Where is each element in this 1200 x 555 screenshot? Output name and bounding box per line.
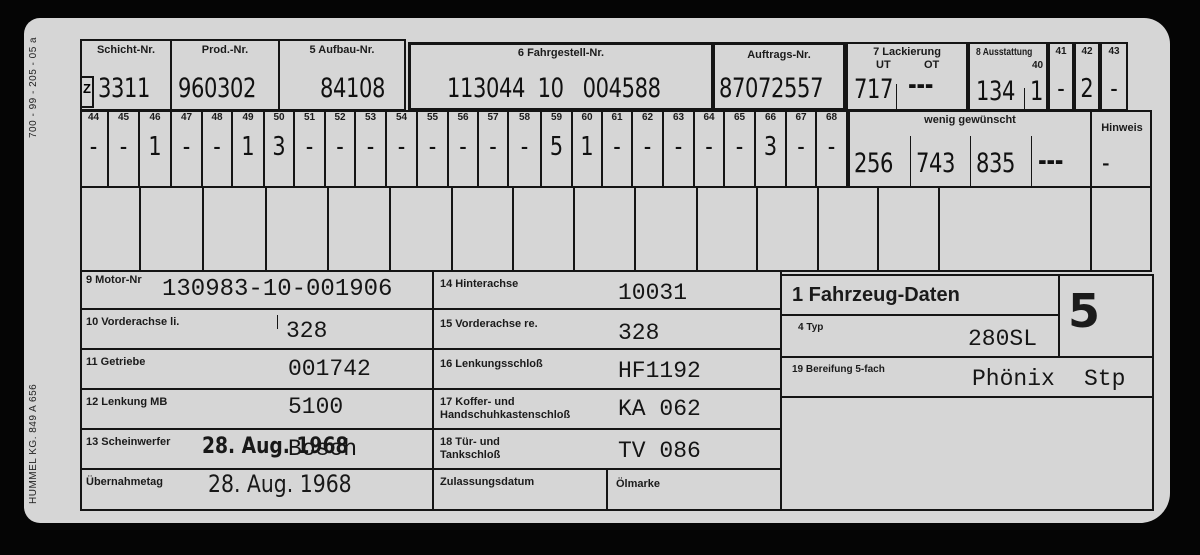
aufbau-nr-label: 5 Aufbau-Nr.	[280, 44, 404, 56]
aufbau-nr-cell: 5 Aufbau-Nr. 84108	[278, 39, 406, 111]
code-number: 59	[542, 112, 571, 123]
row-divider	[780, 314, 1060, 316]
code-value: -	[728, 132, 751, 162]
lackierung-divider	[896, 84, 897, 110]
code-cell: 67-	[787, 110, 817, 188]
ausstattung-label: 8 Ausstattung	[976, 47, 1032, 58]
code-value: -	[421, 132, 444, 162]
typ-value: 280SL	[968, 326, 1037, 352]
vehicle-data-title: 1 Fahrzeug-Daten	[792, 284, 960, 307]
code-42-value: 2	[1078, 74, 1096, 104]
code-42-label: 42	[1076, 46, 1098, 57]
code-43-value: -	[1104, 74, 1123, 104]
blank-divider	[512, 188, 514, 270]
code-value: 5	[545, 132, 568, 162]
blank-divider	[573, 188, 575, 270]
code-value: -	[820, 132, 843, 162]
lackierung-ut-value: 717	[854, 74, 893, 105]
code-cell: 57-	[479, 110, 509, 188]
wenig-divider	[970, 136, 971, 188]
ausstattung-cell: 8 Ausstattung 40 134 1	[968, 42, 1048, 111]
row-divider	[432, 428, 782, 430]
blank-entry-row	[80, 186, 1152, 272]
code-cell: 48-	[203, 110, 233, 188]
code-cell: 65-	[725, 110, 756, 188]
ausstattung-sub-label: 40	[1032, 60, 1043, 71]
hinterachse-label: 14 Hinterachse	[440, 278, 518, 290]
row-divider	[432, 348, 782, 350]
code-value: -	[359, 132, 382, 162]
code-cell: 55-	[418, 110, 449, 188]
vorderachse-re-value: 328	[618, 320, 659, 346]
motor-nr-value: 130983-10-001906	[162, 276, 392, 303]
lenkung-value: 5100	[288, 394, 343, 420]
code-value: -	[329, 132, 351, 162]
code-number: 61	[603, 112, 631, 123]
prod-nr-label: Prod.-Nr.	[172, 44, 278, 56]
code-number: 56	[449, 112, 477, 123]
schicht-nr-value: 3311	[98, 73, 150, 104]
schicht-nr-label: Schicht-Nr.	[82, 44, 170, 56]
code-value: -	[698, 132, 720, 162]
code-number: 63	[664, 112, 693, 123]
code-number: 49	[233, 112, 263, 123]
bereifung-brand: Phönix	[972, 366, 1055, 392]
kofferschloss-label-2: Handschuhkastenschloß	[440, 409, 570, 421]
lackierung-ot-value: ---	[908, 70, 933, 101]
oelmarke-label: Ölmarke	[616, 478, 660, 490]
fahrgestell-nr-label: 6 Fahrgestell-Nr.	[411, 47, 711, 59]
zulassungsdatum-label: Zulassungsdatum	[440, 476, 534, 488]
blank-divider	[202, 188, 204, 270]
printer-imprint: HUMMEL KG. 849 A 656	[28, 384, 39, 504]
code-number: 51	[295, 112, 324, 123]
blank-divider	[451, 188, 453, 270]
code-number: 55	[418, 112, 447, 123]
uebernahmetag-label: Übernahmetag	[86, 476, 163, 488]
kofferschloss-value: KA 062	[618, 396, 701, 422]
code-value: -	[667, 132, 690, 162]
form-number: 700 - 99 - 205 - 05 a	[28, 37, 39, 138]
vehicle-data-number: 5	[1068, 284, 1100, 338]
code-cell: 56-	[449, 110, 479, 188]
shift-prefix-box: Z	[80, 76, 94, 108]
tick-mark	[277, 315, 278, 329]
lackierung-label: 7 Lackierung	[848, 46, 966, 58]
code-cell: 61-	[603, 110, 633, 188]
code-43-label: 43	[1102, 46, 1126, 57]
code-cell: 68-	[817, 110, 848, 188]
getriebe-value: 001742	[288, 356, 371, 382]
wenig-divider	[910, 136, 911, 188]
wenig-value-1: 256	[854, 148, 893, 179]
col-divider	[606, 468, 608, 510]
code-value: -	[606, 132, 628, 162]
blank-divider	[877, 188, 879, 270]
code-41-label: 41	[1050, 46, 1072, 57]
code-value: -	[452, 132, 474, 162]
vorderachse-li-value: 328	[286, 318, 327, 344]
blank-divider	[139, 188, 141, 270]
auftrags-nr-cell: Auftrags-Nr. 87072557	[712, 42, 846, 111]
blank-divider	[634, 188, 636, 270]
code-number: 45	[109, 112, 138, 123]
vorderachse-li-label: 10 Vorderachse li.	[86, 316, 179, 328]
code-cell: 601	[573, 110, 603, 188]
code-number: 44	[80, 112, 107, 123]
blank-divider	[938, 188, 940, 270]
getriebe-label: 11 Getriebe	[86, 356, 145, 368]
code-number: 60	[573, 112, 601, 123]
code-number: 66	[756, 112, 785, 123]
code-cell: 54-	[387, 110, 418, 188]
hinweis-cell: Hinweis -	[1092, 110, 1152, 188]
code-cell: 62-	[633, 110, 664, 188]
code-number: 46	[140, 112, 170, 123]
blank-divider	[756, 188, 758, 270]
col-divider	[1058, 276, 1060, 358]
typ-label: 4 Typ	[798, 322, 823, 333]
code-number: 50	[265, 112, 293, 123]
code-number: 64	[695, 112, 723, 123]
blank-divider	[696, 188, 698, 270]
code-number: 57	[479, 112, 507, 123]
code-cell: 51-	[295, 110, 326, 188]
lackierung-cell: 7 Lackierung UT OT 717 ---	[846, 42, 968, 111]
row-divider	[780, 396, 1154, 398]
code-number: 67	[787, 112, 815, 123]
scheinwerfer-label: 13 Scheinwerfer	[86, 436, 170, 448]
wenig-value-2: 743	[916, 148, 955, 179]
code-cell: 52-	[326, 110, 356, 188]
code-cell: 595	[542, 110, 573, 188]
row-divider	[80, 308, 434, 310]
fahrgestell-nr-cell: 6 Fahrgestell-Nr. 113044 10 004588	[408, 42, 714, 111]
row-divider	[432, 308, 782, 310]
code-number: 53	[356, 112, 385, 123]
code-value: -	[390, 132, 413, 162]
code-value: -	[512, 132, 537, 162]
auftrags-nr-label: Auftrags-Nr.	[715, 49, 843, 61]
prod-nr-value: 960302	[178, 73, 256, 104]
code-cell: 63-	[664, 110, 695, 188]
vehicle-data-card: HUMMEL KG. 849 A 656 700 - 99 - 205 - 05…	[24, 18, 1170, 523]
code-value: -	[83, 132, 105, 162]
ausstattung-divider	[1024, 88, 1025, 110]
row-divider	[80, 388, 434, 390]
blank-divider	[389, 188, 391, 270]
code-cell: 491	[233, 110, 265, 188]
code-value: 1	[236, 132, 260, 162]
bereifung-label: 19 Bereifung 5-fach	[792, 364, 885, 375]
code-cell: 64-	[695, 110, 725, 188]
lenkungsschloss-label: 16 Lenkungsschloß	[440, 358, 543, 370]
kofferschloss-label: 17 Koffer- und	[440, 396, 515, 408]
wenig-gewuenscht-cell: wenig gewünscht 256 743 835 ---	[848, 110, 1092, 188]
code-cell: 47-	[172, 110, 203, 188]
code-cell: 44-	[80, 110, 109, 188]
code-value: -	[636, 132, 659, 162]
code-value: 1	[143, 132, 167, 162]
code-value: -	[790, 132, 812, 162]
code-cell: 45-	[109, 110, 140, 188]
motor-nr-label: 9 Motor-Nr	[86, 274, 142, 286]
hinweis-label: Hinweis	[1092, 122, 1152, 134]
code-cell: 53-	[356, 110, 387, 188]
uebernahmetag-stamp: 28. Aug. 1968	[208, 470, 352, 498]
code-value: 3	[759, 132, 782, 162]
vorderachse-re-label: 15 Vorderachse re.	[440, 318, 538, 330]
bereifung-type: Stp	[1084, 366, 1125, 392]
wenig-value-3: 835	[976, 148, 1015, 179]
date-stamp: 28. Aug. 1968	[202, 434, 348, 459]
code-value: 3	[268, 132, 290, 162]
code-number: 58	[509, 112, 540, 123]
code-number: 62	[633, 112, 662, 123]
prod-nr-cell: Prod.-Nr. 960302	[170, 39, 280, 111]
code-42-cell: 42 2	[1074, 42, 1100, 111]
row-divider	[432, 388, 782, 390]
code-value: -	[175, 132, 198, 162]
blank-divider	[265, 188, 267, 270]
shift-prefix: Z	[83, 81, 91, 96]
wenig-value-4: ---	[1038, 146, 1063, 177]
wenig-divider	[1031, 136, 1032, 188]
wenig-gewuenscht-label: wenig gewünscht	[850, 114, 1090, 126]
auftrags-nr-value: 87072557	[719, 73, 823, 104]
blank-divider	[327, 188, 329, 270]
tuerschloss-label: 18 Tür- und	[440, 436, 500, 448]
code-cells: 44- 45- 461 47- 48- 491 503 51- 52- 53- …	[80, 110, 850, 188]
code-value: -	[482, 132, 504, 162]
code-value: -	[298, 132, 321, 162]
lenkung-label: 12 Lenkung MB	[86, 396, 167, 408]
blank-divider	[817, 188, 819, 270]
hinterachse-value: 10031	[618, 280, 687, 306]
code-number: 48	[203, 112, 231, 123]
schicht-nr-cell: Schicht-Nr. Z 3311	[80, 39, 172, 111]
code-cell: 663	[756, 110, 787, 188]
code-number: 47	[172, 112, 201, 123]
code-cell: 461	[140, 110, 172, 188]
code-43-cell: 43 -	[1100, 42, 1128, 111]
hinweis-value: -	[1102, 148, 1109, 179]
blank-divider	[1090, 188, 1092, 270]
code-value: -	[206, 132, 228, 162]
lenkungsschloss-value: HF1192	[618, 358, 701, 384]
row-divider	[780, 356, 1154, 358]
code-number: 54	[387, 112, 416, 123]
code-number: 65	[725, 112, 754, 123]
lackierung-ut-label: UT	[876, 59, 891, 71]
fahrgestell-nr-value: 113044 10 004588	[447, 73, 661, 104]
code-number: 68	[817, 112, 846, 123]
code-value: -	[112, 132, 135, 162]
ausstattung-value: 134	[976, 76, 1015, 107]
row-divider	[80, 348, 434, 350]
tuerschloss-value: TV 086	[618, 438, 701, 464]
code-cell: 503	[265, 110, 295, 188]
ausstattung-sub-value: 1	[1030, 76, 1043, 107]
code-value: 1	[576, 132, 598, 162]
code-cell: 58-	[509, 110, 542, 188]
code-41-value: -	[1052, 74, 1070, 104]
code-41-cell: 41 -	[1048, 42, 1074, 111]
code-number: 52	[326, 112, 354, 123]
row-divider	[80, 428, 434, 430]
aufbau-nr-value: 84108	[320, 73, 385, 104]
tuerschloss-label-2: Tankschloß	[440, 449, 500, 461]
